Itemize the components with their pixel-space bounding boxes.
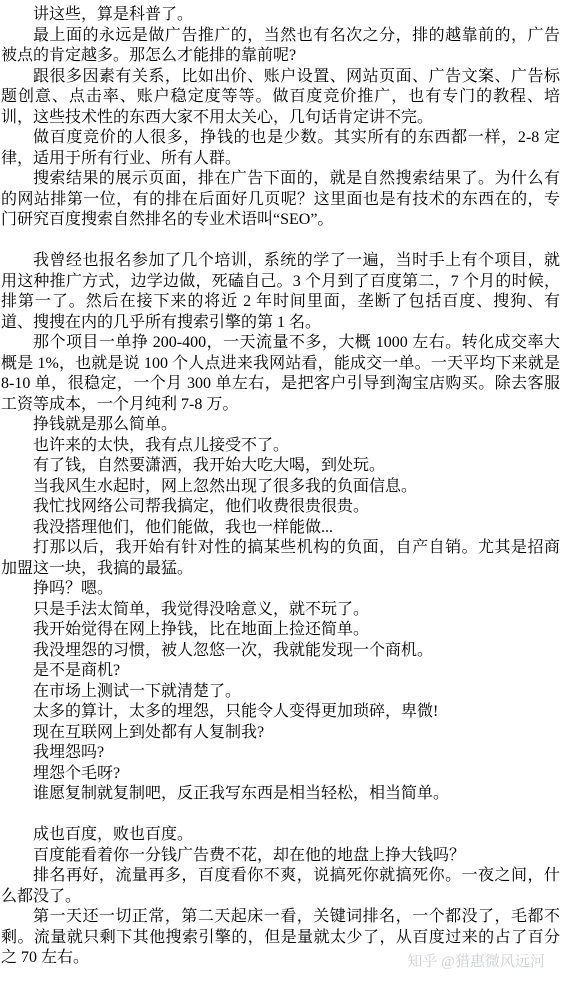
paragraph: 我忙找网络公司帮我搞定，他们收费很贵很贵。 — [1, 497, 560, 518]
paragraph: 百度能看着你一分钱广告费不花，却在他的地盘上挣大钱吗？ — [1, 846, 560, 867]
paragraph: 有了钱，自然要潇洒，我开始大吃大喝，到处玩。 — [1, 456, 560, 477]
page: { "page": { "background": "#ffffff", "te… — [0, 0, 561, 981]
paragraph: 当我风生水起时，网上忽然出现了很多我的负面信息。 — [1, 477, 560, 498]
paragraph: 我没埋怨的习惯，被人忽悠一次，我就能发现一个商机。 — [1, 641, 560, 662]
paragraph: 是不是商机? — [1, 661, 560, 682]
paragraph: 我开始觉得在网上挣钱，比在地面上捡还简单。 — [1, 620, 560, 641]
paragraph: 也许来的太快，我有点儿接受不了。 — [1, 436, 560, 457]
paragraph: 只是手法太简单，我觉得没啥意义，就不玩了。 — [1, 600, 560, 621]
paragraph: 埋怨个毛呀? — [1, 764, 560, 785]
paragraph: 挣吗？嗯。 — [1, 579, 560, 600]
paragraph: 成也百度，败也百度。 — [1, 825, 560, 846]
paragraph: 现在互联网上到处都有人复制我? — [1, 723, 560, 744]
paragraph: 跟很多因素有关系，比如出价、账户设置、网站页面、广告文案、广告标题创意、点击率、… — [1, 67, 560, 129]
paragraph: 最上面的永远是做广告推广的，当然也有名次之分，排的越靠前的，广告被点的肯定越多。… — [1, 26, 560, 67]
paragraph: 在市场上测试一下就清楚了。 — [1, 682, 560, 703]
article-body: 讲这些，算是科普了。 最上面的永远是做广告推广的，当然也有名次之分，排的越靠前的… — [0, 0, 561, 969]
paragraph: 我没搭理他们，他们能做，我也一样能做... — [1, 518, 560, 539]
paragraph: 讲这些，算是科普了。 — [1, 5, 560, 26]
paragraph: 那个项目一单挣 200-400，一天流量不多，大概 1000 左右。转化成交率大… — [1, 333, 560, 415]
paragraph: 搜索结果的展示页面，排在广告下面的，就是自然搜索结果了。为什么有的网站排第一位，… — [1, 169, 560, 231]
paragraph: 第一天还一切正常，第二天起床一看，关键词排名，一个都没了，毛都不剩。流量就只剩下… — [1, 907, 560, 969]
paragraph: 做百度竞价的人很多，挣钱的也是少数。其实所有的东西都一样，2-8 定律，适用于所… — [1, 128, 560, 169]
paragraph: 打那以后，我开始有针对性的搞某些机构的负面，自产自销。尤其是招商加盟这一块，我搞… — [1, 538, 560, 579]
paragraph: 我埋怨吗? — [1, 743, 560, 764]
paragraph: 我曾经也报名参加了几个培训，系统的学了一遍，当时手上有个项目，就用这种推广方式，… — [1, 251, 560, 333]
blank-line — [1, 805, 560, 826]
blank-line — [1, 231, 560, 252]
paragraph: 排名再好，流量再多，百度看你不爽，说搞死你就搞死你。一夜之间，什么都没了。 — [1, 866, 560, 907]
paragraph: 挣钱就是那么简单。 — [1, 415, 560, 436]
paragraph: 太多的算计，太多的埋怨，只能令人变得更加琐碎，卑微! — [1, 702, 560, 723]
paragraph: 谁愿复制就复制吧，反正我写东西是相当轻松，相当简单。 — [1, 784, 560, 805]
